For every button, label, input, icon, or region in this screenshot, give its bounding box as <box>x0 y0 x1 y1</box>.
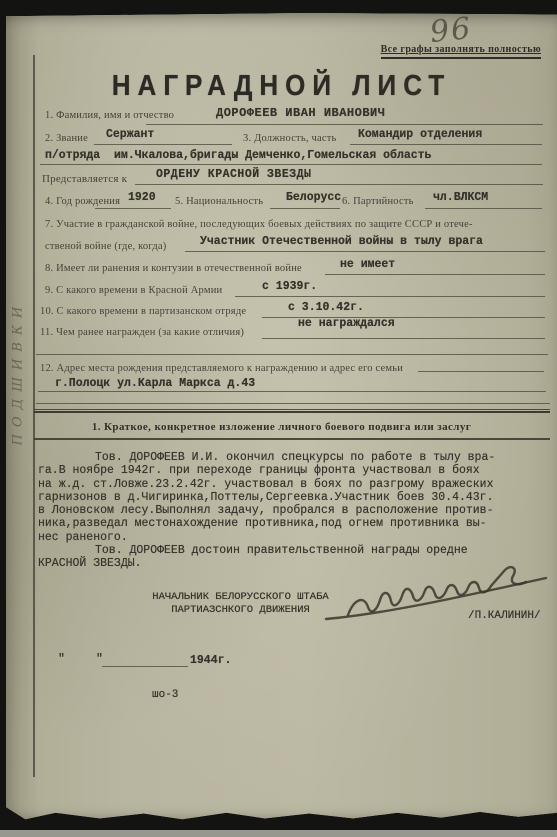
date-quote-close: " <box>96 653 103 666</box>
field-7-value: Участник Отечественной войны в тылу враг… <box>200 235 483 248</box>
field-12-value: г.Полоцк ул.Карла Маркса д.43 <box>55 377 255 390</box>
date-quote-open: " <box>58 653 65 666</box>
form-line <box>34 438 550 440</box>
field-12-label: 12. Адрес места рождения представляемого… <box>40 363 403 374</box>
field-3-value: Командир отделения <box>358 128 482 141</box>
field-10-label: 10. С какого времени в партизанском отря… <box>40 306 246 317</box>
form-line <box>94 144 232 145</box>
field-9-label: 9. С какого времени в Красной Армии <box>45 285 222 296</box>
field-1-label: 1. Фамилия, имя и отчество <box>45 110 174 121</box>
form-line <box>270 208 340 209</box>
citation-line: Тов. ДОРОФЕЕВ И.И. окончил спецкурсы по … <box>38 451 550 464</box>
document-paper: ПОДШИВКИ 96 Все графы заполнять полность… <box>6 13 557 820</box>
form-line <box>235 296 545 297</box>
form-code-mark: шо-3 <box>152 689 178 701</box>
form-line <box>34 409 550 413</box>
field-5-value: Белорусс <box>286 191 341 204</box>
field-3-value-continuation: п/отряда им.Чкалова,бригады Демченко,Гом… <box>45 149 431 162</box>
section-header: 1. Краткое, конкретное изложение личного… <box>6 421 557 433</box>
field-7-label-line1: 7. Участие в гражданской войне, последую… <box>45 219 545 230</box>
citation-line: Тов. ДОРОФЕЕВ достоин правительственной … <box>38 544 550 557</box>
field-8-value: не имеет <box>340 258 395 271</box>
presented-to-value: ОРДЕНУ КРАСНОЙ ЗВЕЗДЫ <box>156 168 311 181</box>
signature-title-line-1: НАЧАЛЬНИК БЕЛОРУССКОГО ШТАБА <box>128 591 353 604</box>
field-11-label: 11. Чем ранее награжден (за какие отличи… <box>40 327 244 338</box>
form-line <box>146 124 543 125</box>
scan-background: { "page": { "page_number": "96", "note":… <box>0 0 557 837</box>
field-8-label: 8. Имеет ли ранения и контузии в отечест… <box>45 263 302 274</box>
form-line <box>38 391 546 392</box>
form-line <box>95 208 171 209</box>
form-line <box>185 251 545 252</box>
signature-title-line-2: ПАРТИАЗСНКОГО ДВИЖЕНИЯ <box>128 604 353 617</box>
form-line <box>36 354 548 355</box>
presented-to-label: Представляется к <box>42 173 127 185</box>
form-line <box>425 208 542 209</box>
field-1-value: ДОРОФЕЕВ ИВАН ИВАНОВИЧ <box>216 106 385 120</box>
form-line <box>36 403 550 404</box>
field-2-label: 2. Звание <box>45 133 88 144</box>
field-4-value: 1920 <box>128 191 156 204</box>
citation-line: в Лоновском лесу.Выполнял задачу, пробра… <box>38 504 550 517</box>
fill-instruction-note: Все графы заполнять полностью <box>381 44 541 59</box>
margin-vertical-annotation: ПОДШИВКИ <box>11 273 26 473</box>
form-line <box>418 371 544 372</box>
form-line <box>350 144 542 145</box>
field-3-label: 3. Должность, часть <box>243 133 336 144</box>
form-line <box>135 184 543 185</box>
field-6-label: 6. Партийность <box>342 196 414 207</box>
citation-paragraph: Тов. ДОРОФЕЕВ И.И. окончил спецкурсы по … <box>38 451 550 571</box>
scanner-edge-strip <box>0 830 557 837</box>
field-10-value: с 3.10.42г. <box>288 301 364 314</box>
field-9-value: с 1939г. <box>262 280 317 293</box>
field-5-label: 5. Национальность <box>175 196 263 207</box>
citation-line: га.В ноябре 1942г. при переходе границы … <box>38 464 550 477</box>
citation-line: на ж.д. ст.Ловже.23.2.42г. участвовал в … <box>38 478 550 491</box>
form-line <box>325 274 545 275</box>
form-line <box>40 164 542 165</box>
signature-name: /П.КАЛИНИН/ <box>468 610 541 622</box>
citation-line: нес раненого. <box>38 531 550 544</box>
document-title: НАГРАДНОЙ ЛИСТ <box>6 68 557 103</box>
form-line <box>262 338 545 339</box>
field-7-label-line2: ственой войне (где, когда) <box>45 241 166 252</box>
left-margin-rule <box>33 55 35 777</box>
citation-line: ника,разведал местонахождение противника… <box>38 517 550 530</box>
field-11-value: не награждался <box>298 317 395 330</box>
field-2-value: Сержант <box>106 128 154 141</box>
field-4-label: 4. Год рождения <box>45 196 120 207</box>
field-6-value: чл.ВЛКСМ <box>433 191 488 204</box>
citation-line: гарнизонов в д.Чигиринка,Поттелы,Сергеев… <box>38 491 550 504</box>
date-line <box>102 666 188 667</box>
signature-title: НАЧАЛЬНИК БЕЛОРУССКОГО ШТАБА ПАРТИАЗСНКО… <box>128 591 353 616</box>
date-year: 1944г. <box>190 654 231 667</box>
